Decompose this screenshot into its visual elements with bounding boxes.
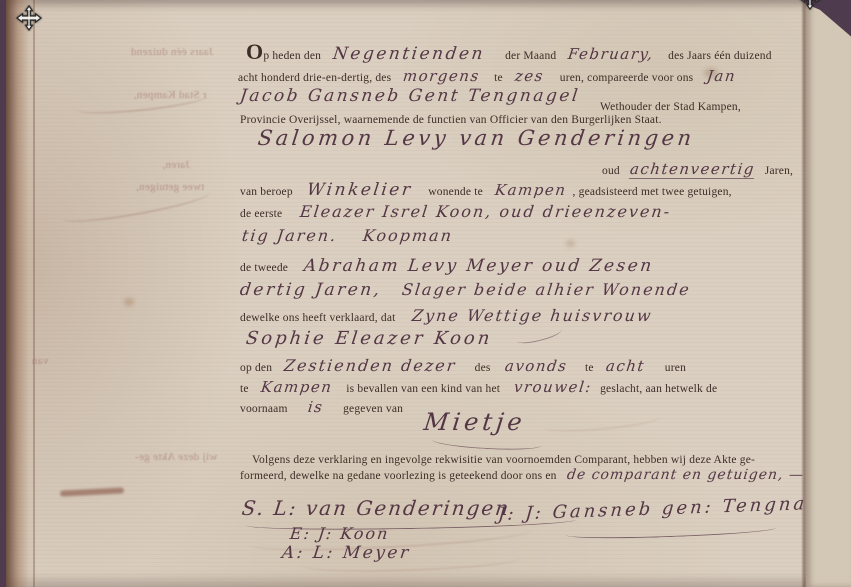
closing-paragraph-line-2: formeerd, dewelke na gedane voorlezing i… <box>240 466 804 484</box>
handwritten-gender: vrouwel: <box>513 378 593 396</box>
printed-text: formeerd, dewelke na gedane voorlezing i… <box>240 470 557 482</box>
handwritten-birth-day: Zestienden dezer <box>283 356 458 375</box>
printed-text: dewelke ons heeft verklaard, dat <box>240 312 396 324</box>
pen-flourish <box>515 325 562 347</box>
handwritten-signature: A: L: Meyer <box>281 543 412 563</box>
handwritten-signature: E: J: Koon <box>289 524 391 543</box>
printed-text: op den <box>240 362 272 374</box>
act-line-6: oud achtenveertig Jaren, <box>602 160 793 179</box>
printed-text: , geadsisteerd met twee getuigen, <box>572 186 731 198</box>
next-page-edge <box>806 0 851 587</box>
act-line-12: dewelke ons heeft verklaard, dat Zyne We… <box>240 306 652 326</box>
handwritten-witness2-age: dertig Jaren, <box>239 280 383 300</box>
handwritten-official-name: Jacob Gansneb Gent Tengnagel <box>239 86 581 106</box>
handwritten-month: February, <box>567 45 655 63</box>
printed-text: uren, compareerde voor ons <box>560 72 694 84</box>
handwritten-witness2-profession: Slager beide alhier Wonende <box>400 280 691 299</box>
bleedthrough-text: Jaren, <box>148 159 204 171</box>
handwritten-birth-hour: acht <box>605 357 646 375</box>
printed-text: van beroep <box>240 186 293 198</box>
bleedthrough-text: Jaars één duizend <box>118 46 226 58</box>
act-line-3: Jacob Gansneb Gent Tengnagel <box>240 86 580 106</box>
signature-witness2: A: L: Meyer <box>282 543 411 563</box>
printed-text: geslacht, aan hetwelk de <box>600 383 717 395</box>
act-line-8: de eerste Eleazer Isrel Koon, oud drieen… <box>240 202 672 222</box>
act-line-2: acht honderd drie-en-dertig, des morgens… <box>238 67 736 86</box>
handwritten-declaration: Zyne Wettige huisvrouw <box>410 306 653 325</box>
printed-text: des <box>475 362 491 374</box>
act-line-10: de tweede Abraham Levy Meyer oud Zesen <box>240 256 654 276</box>
act-line-5: Salomon Levy van Genderingen <box>258 126 695 150</box>
bleedthrough-text: van <box>22 355 58 367</box>
act-line-14: op den Zestienden dezer des avonds te ac… <box>240 356 686 376</box>
signature-official: J: J: Gansneb gen: Tengnagel <box>498 492 845 525</box>
handwritten-signature: J: J: Gansneb gen: Tengnagel <box>497 492 845 525</box>
printed-text: wonende te <box>428 186 483 198</box>
spine-crease <box>33 0 35 587</box>
act-line-16: voornaam is gegeven van <box>240 398 403 417</box>
bleedthrough-text: wij deze Akte ge- <box>128 451 224 463</box>
bleedthrough-scribble <box>541 409 662 435</box>
handwritten-child-name: Mietje <box>422 408 527 436</box>
printed-text: Jaren, <box>765 165 793 177</box>
printed-text: Volgens deze verklaring en ingevolge rek… <box>252 454 755 466</box>
handwritten-profession: Winkelier <box>306 180 414 200</box>
printed-text: te <box>240 383 249 395</box>
printed-text: te <box>494 72 503 84</box>
handwritten-residence: Kampen <box>494 181 568 199</box>
pan-arrows-icon[interactable] <box>16 5 42 31</box>
handwritten-father-name: Salomon Levy van Genderingen <box>257 126 697 150</box>
act-line-11: dertig Jaren, Slager beide alhier Wonend… <box>240 280 690 300</box>
printed-text: de eerste <box>240 208 282 220</box>
handwritten-time-of-day: morgens <box>402 67 481 85</box>
handwritten-witness1-profession: Koopman <box>362 226 454 245</box>
ink-smudge-stain <box>60 487 124 496</box>
printed-text: te <box>585 362 594 374</box>
act-line-17: Mietje <box>424 408 526 436</box>
handwritten-witness2: Abraham Levy Meyer oud Zesen <box>303 256 655 276</box>
act-line-13: Sophie Eleazer Koon <box>246 328 492 349</box>
handwritten-mother-name: Sophie Eleazer Koon <box>245 328 494 349</box>
act-line-1: Op heden den Negentienden der Maand Febr… <box>246 44 772 64</box>
signature-witness1: E: J: Koon <box>290 524 390 544</box>
printed-text: des Jaars één duizend <box>668 50 772 62</box>
act-line-9: tig Jaren. Koopman <box>242 226 453 246</box>
foxing-spot <box>566 240 575 247</box>
printed-text: de tweede <box>240 262 288 274</box>
signature-underline <box>566 522 776 540</box>
pan-arrows-icon-partial[interactable] <box>798 0 822 10</box>
handwritten-hour: zes <box>514 67 545 85</box>
handwritten-witness1-age: tig Jaren. <box>241 226 339 245</box>
printed-text: acht honderd drie-en-dertig, des <box>238 72 391 84</box>
printed-text: is bevallen van een kind van het <box>346 383 500 395</box>
printed-text: der Maand <box>505 50 556 62</box>
handwritten-signatories-note: de comparant en getuigen, — <box>566 467 805 483</box>
document-page: Jaars één duizend r Stad Kampen, Jaren, … <box>6 0 851 587</box>
printed-text: Provincie Overijssel, waarnemende de fun… <box>240 114 662 126</box>
handwritten-word-is: is <box>306 398 324 416</box>
act-line-15: te Kampen is bevallen van een kind van h… <box>240 378 717 397</box>
printed-text: oud <box>602 165 620 177</box>
handwritten-birth-place: Kampen <box>260 378 334 396</box>
act-line-7: van beroep Winkelier wonende te Kampen ,… <box>240 180 732 200</box>
foxing-spot <box>124 298 134 306</box>
scanned-record-viewer: { "colors": { "background": "#4e3b4d", "… <box>0 0 851 587</box>
printed-text: voornaam <box>240 403 288 415</box>
handwritten-witness1: Eleazer Isrel Koon, oud drieenzeven- <box>299 202 673 221</box>
printed-text: uren <box>665 362 686 374</box>
handwritten-day: Negentienden <box>332 44 486 64</box>
printed-text: Op heden den <box>246 47 321 62</box>
handwritten-official-firstname: Jan <box>706 67 737 85</box>
printed-text: gegeven van <box>343 403 403 415</box>
handwritten-birth-daypart: avonds <box>504 357 569 375</box>
handwritten-father-age: achtenveertig <box>629 160 756 179</box>
